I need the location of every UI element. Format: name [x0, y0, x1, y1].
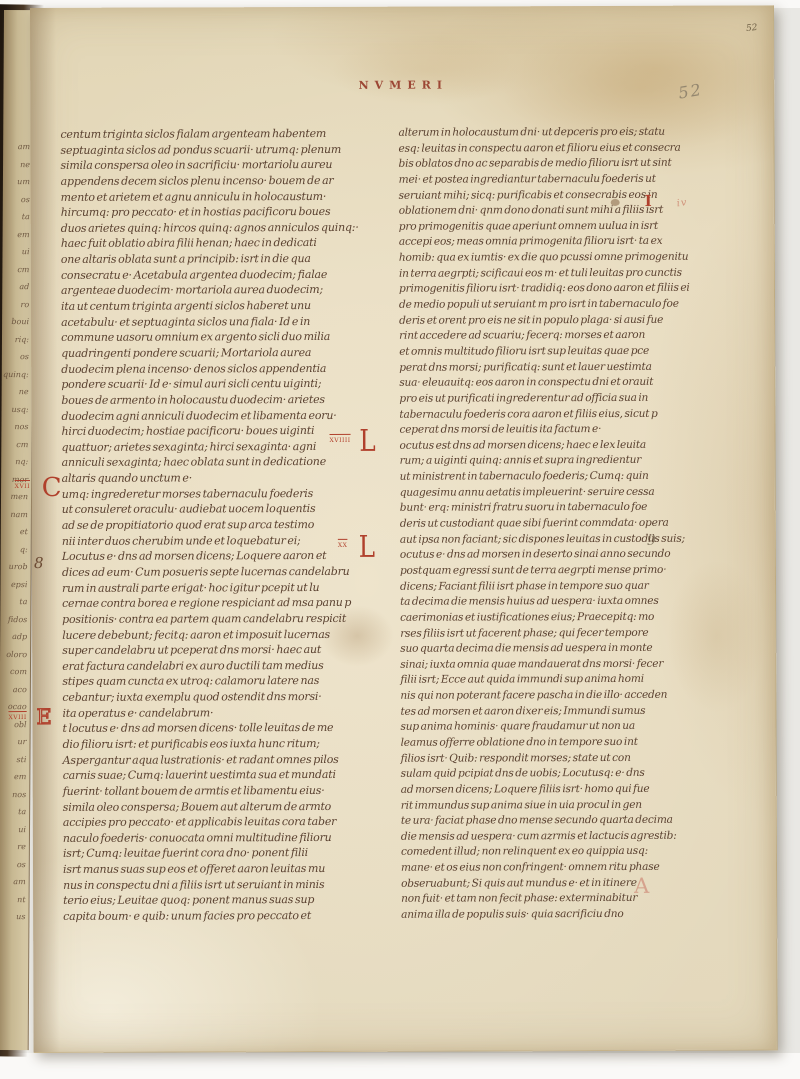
text-line: perat dns morsi; purificatiq: sunt et la…: [399, 359, 684, 376]
text-line: ta decima die mensis huius ad uespera· i…: [400, 594, 685, 611]
text-line: simila conspersa oleo in sacrificiu· mor…: [61, 157, 396, 174]
text-line: comedent illud; non relinquent ex eo qui…: [401, 844, 686, 861]
text-line: septuaginta siclos ad pondus scuarii· ut…: [60, 141, 395, 158]
text-line: Locutus e· dns ad morsen dicens; Loquere…: [62, 548, 397, 565]
text-line: sinai; iuxta omnia quae mandauerat dns m…: [400, 656, 685, 673]
text-line: ocutus est dns ad morsen dicens; haec e …: [400, 438, 685, 455]
spine-fragment: et: [20, 523, 28, 541]
text-line: nus in conspectu dni a filiis isrt ut se…: [63, 876, 398, 893]
faded-red-letter-A: A: [634, 874, 649, 898]
spine-fragment: ui: [22, 243, 30, 261]
text-line: ocutus e· dns ad morsen in deserto sinai…: [400, 547, 685, 564]
chapter-numeral-xviii: xviii: [8, 712, 26, 722]
text-line: tabernaculu foederis cora aaron et filii…: [399, 406, 684, 423]
running-title: NVMERI: [318, 78, 488, 92]
manuscript-photo: amneumostaemuicmadrobouiriq:osquinq:neus…: [0, 0, 800, 1079]
spine-fragment: nos: [14, 418, 28, 436]
text-line: te ura· faciat phase dno mense secundo q…: [401, 813, 686, 830]
text-line: hircumq: pro peccato· et in hostias paci…: [61, 204, 396, 221]
text-line: anniculi sexaginta; haec oblata sunt in …: [62, 454, 397, 471]
text-line: positionis· contra ea partem quam candel…: [62, 611, 397, 628]
spine-fragment: em: [14, 768, 26, 786]
text-line: centum triginta siclos fialam argenteam …: [60, 126, 395, 143]
text-line: ceperat dns morsi de leuitis ita factum …: [399, 422, 684, 439]
text-line: in terra aegrpti; scificaui eos m· et tu…: [399, 265, 684, 282]
text-line: appendens decem siclos plenu incenso· bo…: [61, 173, 396, 190]
text-line: argenteae duodecim· mortariola aurea duo…: [61, 282, 396, 299]
text-line: capita boum· e quib: unum facies pro pec…: [63, 908, 398, 925]
text-line: ad se de propitiatorio quod erat sup arc…: [62, 517, 397, 534]
text-line: lucere debebunt; fecitq: aaron et imposu…: [62, 626, 397, 643]
text-line: suo quarta decima die mensis ad uespera …: [400, 641, 685, 658]
text-line: de medio populi ut seruiant m pro isrt i…: [399, 297, 684, 314]
text-line: stipes quam cuncta ex utroq: calamoru la…: [62, 673, 397, 690]
text-line: isrt manus suas sup eos et offeret aaron…: [63, 861, 398, 878]
spine-fragment: ta: [19, 593, 27, 611]
text-line: duodecim agni anniculi duodecim et libam…: [61, 407, 396, 424]
text-line: naculo foederis· conuocata omni multitud…: [63, 830, 398, 847]
spine-fragment: fidos: [8, 611, 27, 629]
spine-fragment: nam: [10, 506, 28, 524]
chapter-numeral-xx: xx: [338, 540, 348, 550]
spine-fragment: ta: [18, 803, 26, 821]
text-line: erat factura candelabri ex auro ductili …: [62, 658, 397, 675]
text-line: simila oleo conspersa; Bouem aut alterum…: [63, 798, 398, 815]
text-line: dices ad eum· Cum posueris septe lucerna…: [62, 564, 397, 581]
text-line: sua· eleuauitq: eos aaron in conspectu d…: [399, 375, 684, 392]
chapter-numeral-xvii: xvii: [15, 481, 30, 491]
spine-fragment: cm: [16, 436, 28, 454]
spine-fragment: am: [13, 873, 25, 891]
text-line: bis oblatos dno ac separabis de medio fi…: [399, 156, 684, 173]
text-line: accepi eos; meas omnia primogenita filio…: [399, 234, 684, 251]
text-line: homib: qua ex iumtis· ex die quo pcussi …: [399, 250, 684, 267]
spine-fragment: re: [17, 838, 26, 856]
spine-fragment: ur: [17, 733, 26, 751]
parchment-page: NVMERI 52 52 9 centum triginta siclos fi…: [30, 5, 778, 1053]
text-line: duos arietes quinq: hircos quinq: agnos …: [61, 220, 396, 237]
text-line: pro primogenitis quae aperiunt omnem uul…: [399, 219, 684, 236]
text-line: postquam egressi sunt de terra aegrpti m…: [400, 563, 685, 580]
spine-fragment: q:: [20, 541, 28, 559]
text-line: t locutus e· dns ad morsen dicens· tolle…: [62, 720, 397, 737]
text-line: nis qui non poterant facere pascha in di…: [400, 688, 685, 705]
text-line: esq: leuitas in conspectu aaron et filio…: [398, 140, 683, 157]
text-line: leamus offerre oblatione dno in tempore …: [401, 735, 686, 752]
text-line: quagesimu annu aetatis impleuerint· seru…: [400, 484, 685, 501]
left-text-column: centum triginta siclos fialam argenteam …: [60, 126, 398, 925]
text-line: haec fuit oblatio abira filii henan; hae…: [61, 235, 396, 252]
text-line: commune uasoru omnium ex argento sicli d…: [61, 329, 396, 346]
text-line: deris et orent pro eis ne sit in populo …: [399, 312, 684, 329]
text-line: seruiant mihi; sicq: purificabis et cons…: [399, 187, 684, 204]
spine-fragment: adp: [12, 628, 27, 646]
text-line: primogenitis filioru isrt· tradidiq: eos…: [399, 281, 684, 298]
text-line: accipies pro peccato· et applicabis leui…: [63, 814, 398, 831]
chapter-numeral-xviiii: xviiii: [329, 435, 350, 445]
text-line: rum in australi parte erigat· hoc igitur…: [62, 579, 397, 596]
spine-fragment: usq:: [11, 401, 28, 419]
text-line: cebantur; iuxta exemplu quod ostendit dn…: [62, 689, 397, 706]
spine-fragment: em: [17, 226, 29, 244]
text-line: oblationem dni· qnm dono donati sunt mih…: [399, 203, 684, 220]
text-line: pondere scuarii· Id e· simul auri sicli …: [61, 376, 396, 393]
red-margin-bracket: I: [645, 192, 652, 210]
spine-fragment: quinq:: [3, 366, 29, 384]
spine-fragment: oloro: [6, 646, 27, 664]
parchment-stain: [330, 34, 520, 107]
text-line: one altaris oblata sunt a principib: isr…: [61, 251, 396, 268]
text-line: terio eius; Leuitae quoq: ponent manus s…: [63, 892, 398, 909]
right-text-column: alterum in holocaustum dni· ut depceris …: [398, 125, 686, 924]
text-line: ut consuleret oraculu· audiebat uocem lo…: [62, 501, 397, 518]
text-line: filii isrt; Ecce aut quida immundi sup a…: [400, 672, 685, 689]
spine-fragment: os: [21, 191, 30, 209]
text-line: rint accedere ad scuariu; fecerq: morses…: [399, 328, 684, 345]
text-line: super candelabru ut pceperat dns morsi· …: [62, 642, 397, 659]
text-line: rit immundus sup anima siue in uia procu…: [401, 797, 686, 814]
text-line: et omnis multitudo filioru isrt sup leui…: [399, 344, 684, 361]
text-line: sup anima hominis· quare fraudamur ut no…: [400, 719, 685, 736]
text-line: altaris quando unctum e·: [62, 470, 397, 487]
text-line: mei· et postea ingrediantur tabernaculu …: [399, 172, 684, 189]
paraph-mark: 8: [34, 554, 44, 572]
text-line: Aspergantur aqua lustrationis· et radant…: [63, 751, 398, 768]
spine-fragment: um: [17, 173, 30, 191]
text-line: isrt; Cumq: leuitae fuerint cora dno· po…: [63, 845, 398, 862]
folio-number-pencil: 52: [677, 80, 704, 103]
text-line: rses filiis isrt ut facerent phase; qui …: [400, 625, 685, 642]
spine-fragment: riq:: [15, 331, 29, 349]
spine-fragment: ne: [20, 156, 30, 174]
spine-fragment: com: [10, 663, 27, 681]
text-line: umq: ingrederetur morses tabernaculu foe…: [62, 485, 397, 502]
text-line: quadringenti pondere scuarii; Mortariola…: [61, 345, 396, 362]
text-line: sulam quid pcipiat dns de uobis; Locutus…: [401, 766, 686, 783]
spine-fragment: us: [16, 908, 25, 926]
initial-letter-C: C: [42, 475, 62, 501]
initial-letter-E: E: [36, 707, 51, 728]
text-line: ad morsen dicens; Loquere filiis isrt· h…: [401, 782, 686, 799]
spine-fragment: cm: [17, 261, 29, 279]
spine-fragment: urob: [9, 558, 28, 576]
spine-fragment: aco: [13, 681, 27, 699]
text-line: aut ipsa non faciant; sic dispones leuit…: [400, 531, 685, 548]
text-line: duodecim plena incenso· denos siclos app…: [61, 360, 396, 377]
spine-fragment: sti: [16, 751, 26, 769]
text-line: filios isrt· Quib: respondit morses; sta…: [401, 750, 686, 767]
spine-fragment: nos: [12, 786, 26, 804]
initial-letter-L: L: [359, 427, 375, 457]
faded-red-margin-note: iv: [676, 197, 688, 209]
initial-letter-L: L: [359, 533, 375, 563]
text-line: dicens; Faciant filii isrt phase in temp…: [400, 578, 685, 595]
spine-fragment: am: [18, 138, 30, 156]
text-line: fuerint· tollant bouem de armtis et liba…: [63, 783, 398, 800]
spine-fragment: ne: [19, 383, 29, 401]
spine-fragment: os: [17, 856, 26, 874]
spine-fragment: epsi: [11, 576, 28, 594]
spine-fragment: boui: [11, 313, 29, 331]
spine-fragment: nt: [17, 891, 25, 909]
folio-number-ink: 52: [746, 23, 758, 34]
text-line: ita ut centum triginta argenti siclos ha…: [61, 298, 396, 315]
text-line: anima illa de populis suis· quia sacrifi…: [401, 907, 686, 924]
text-line: dio filioru isrt: et purificabis eos iux…: [63, 736, 398, 753]
text-line: deris ut custodiant quae sibi fuerint co…: [400, 516, 685, 533]
text-line: cernae contra borea e regione respiciant…: [62, 595, 397, 612]
text-line: rum; a uiginti quinq: annis et supra ing…: [400, 453, 685, 470]
spine-fragment: ad: [19, 278, 29, 296]
spine-fragment: nq:: [15, 453, 28, 471]
text-line: ut ministrent in tabernaculo foederis; C…: [400, 469, 685, 486]
text-line: carnis suae; Cumq: lauerint uestimta sua…: [63, 767, 398, 784]
text-line: boues de armento in holocaustu duodecim·…: [61, 392, 396, 409]
text-line: ita operatus e· candelabrum·: [62, 704, 397, 721]
text-line: mento et arietem et agnu anniculu in hol…: [61, 188, 396, 205]
text-line: pro eis ut purificati ingrederentur ad o…: [399, 391, 684, 408]
text-line: tes ad morsen et aaron dixer eis; Immund…: [400, 703, 685, 720]
text-line: acetabulu· et septuaginta siclos una fia…: [61, 313, 396, 330]
text-line: alterum in holocaustum dni· ut depceris …: [398, 125, 683, 142]
text-line: consecratu e· Acetabula argentea duodeci…: [61, 266, 396, 283]
text-line: die mensis ad uespera· cum azrmis et lac…: [401, 829, 686, 846]
spine-fragment: ta: [22, 208, 30, 226]
spine-fragment-list: amneumostaemuicmadrobouiriq:osquinq:neus…: [0, 138, 30, 926]
spine-fragment: os: [20, 348, 29, 366]
spine-fragment: ro: [21, 296, 30, 314]
photo-bottom-border: [0, 1053, 800, 1079]
spine-fragment: ui: [18, 821, 26, 839]
text-line: bunt· erq: ministri fratru suoru in tabe…: [400, 500, 685, 517]
text-line: caerimonias et iustificationes eius; Pra…: [400, 610, 685, 627]
